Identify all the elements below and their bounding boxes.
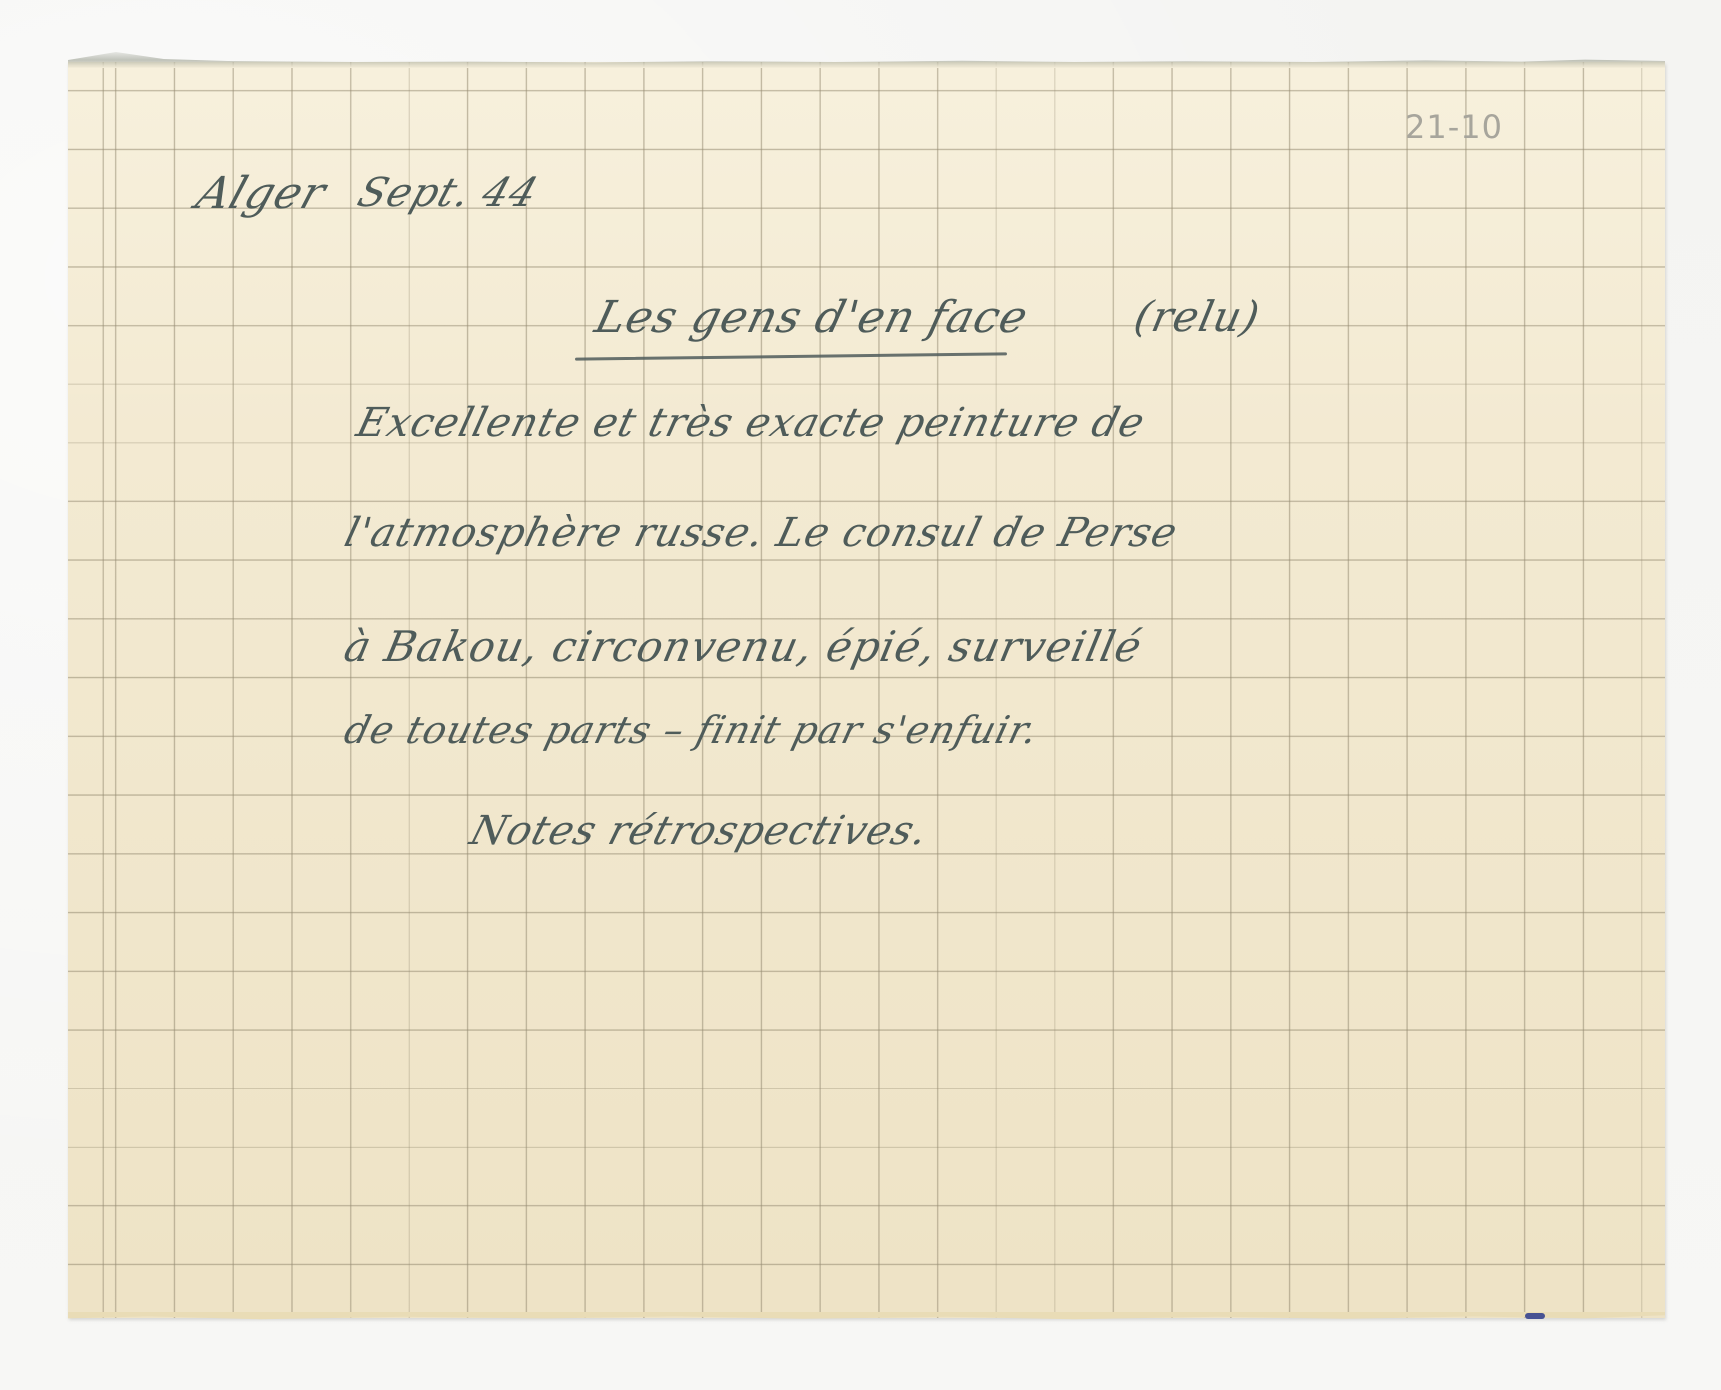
blue-ink-mark [1525, 1313, 1545, 1319]
body-line-1: Excellente et très exacte peinture de [352, 400, 1150, 446]
grid-horizontal-lines [68, 62, 1665, 1318]
title-note: (relu) [1130, 292, 1265, 341]
archive-number: 21-10 [1405, 108, 1503, 146]
grid-vertical-lines [68, 62, 1665, 1318]
body-line-3: à Bakou, circonvenu, épié, surveillé [340, 622, 1147, 671]
header-place: Alger [190, 168, 333, 219]
closing-note: Notes rétrospectives. [465, 808, 934, 854]
body-line-2: l'atmosphère russe. Le consul de Perse [340, 510, 1182, 556]
document-title: Les gens d'en face [590, 292, 1033, 343]
header-date: Sept. 44 [352, 170, 544, 216]
graph-paper-sheet [68, 62, 1665, 1318]
body-line-4: de toutes parts – finit par s'enfuir. [340, 708, 1043, 752]
